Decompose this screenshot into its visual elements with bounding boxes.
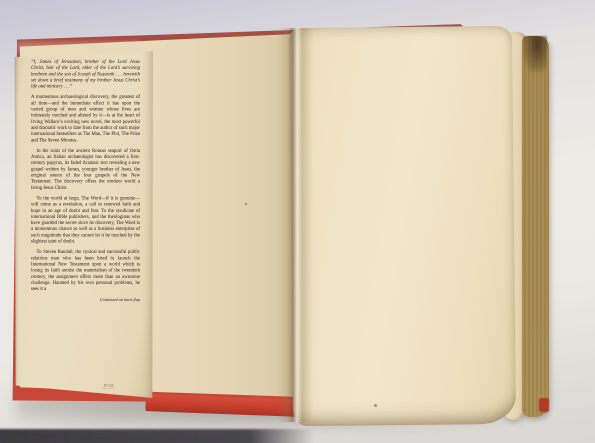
page-block-fore-edge [522,36,549,417]
dust-jacket-flap: “I, James of Jerusalem, brother of the L… [14,50,153,398]
flap-paragraph: A momentous archaeological discovery, th… [31,94,140,143]
price-text: $7.95 [102,383,115,389]
flap-paragraph: To Steven Randall, the cynical and succe… [31,249,140,292]
fore-edge-stain [523,36,547,72]
continued-note: Continued on back flap [31,297,140,303]
book-photo: “I, James of Jerusalem, brother of the L… [0,0,595,443]
right-blank-page [289,26,516,426]
flap-paragraph: “I, James of Jerusalem, brother of the L… [31,59,140,90]
flap-paragraph: In the ruins of the ancient Roman seapor… [31,148,140,191]
page-spot [374,404,377,407]
paper-speck [245,203,247,205]
flap-blurb: “I, James of Jerusalem, brother of the L… [31,59,140,303]
gutter-crease [277,28,313,422]
flap-paragraph: To the world at large, The Word—if it is… [31,195,140,244]
table-edge [0,429,314,443]
cover-red-glimpse [539,398,549,412]
